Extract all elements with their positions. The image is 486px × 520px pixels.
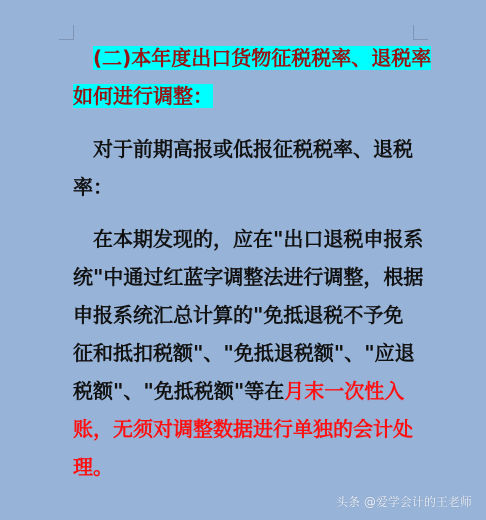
paragraph2-line-3: 申报系统汇总计算的"免抵退税不予免 [73,297,403,333]
paragraph2-line-7: 理。 [73,449,113,485]
watermark: 头条 @爱学会计的王老师 [336,493,472,510]
paragraph2-line-6: 账，无须对调整数据进行单独的会计处 [73,411,413,447]
heading-text-2: 如何进行调整： [73,84,213,108]
paragraph2-line-2: 统"中通过红蓝字调整法进行调整，根据 [73,259,423,295]
paragraph1-line-2: 率： [73,169,113,205]
emphasis-text: 月末一次性入 [284,379,404,403]
heading-line-2: 如何进行调整： [73,78,213,114]
paragraph2-line-1: 在本期发现的，应在"出口退税申报系 [93,221,423,257]
page-corner-mark-left [59,25,74,40]
paragraph2-line-4: 征和抵扣税额"、"免抵退税额"、"应退 [73,335,415,371]
paragraph2-line-5-text: 税额"、"免抵税额"等在 [73,379,284,403]
paragraph1-line-1: 对于前期高报或低报征税税率、退税 [93,131,413,167]
heading-text-1: (二)本年度出口货物征税税率、退税率 [93,46,431,70]
page-corner-mark-right [413,25,428,40]
paragraph2-line-5: 税额"、"免抵税额"等在月末一次性入 [73,373,404,409]
heading-line-1: (二)本年度出口货物征税税率、退税率 [93,40,431,76]
